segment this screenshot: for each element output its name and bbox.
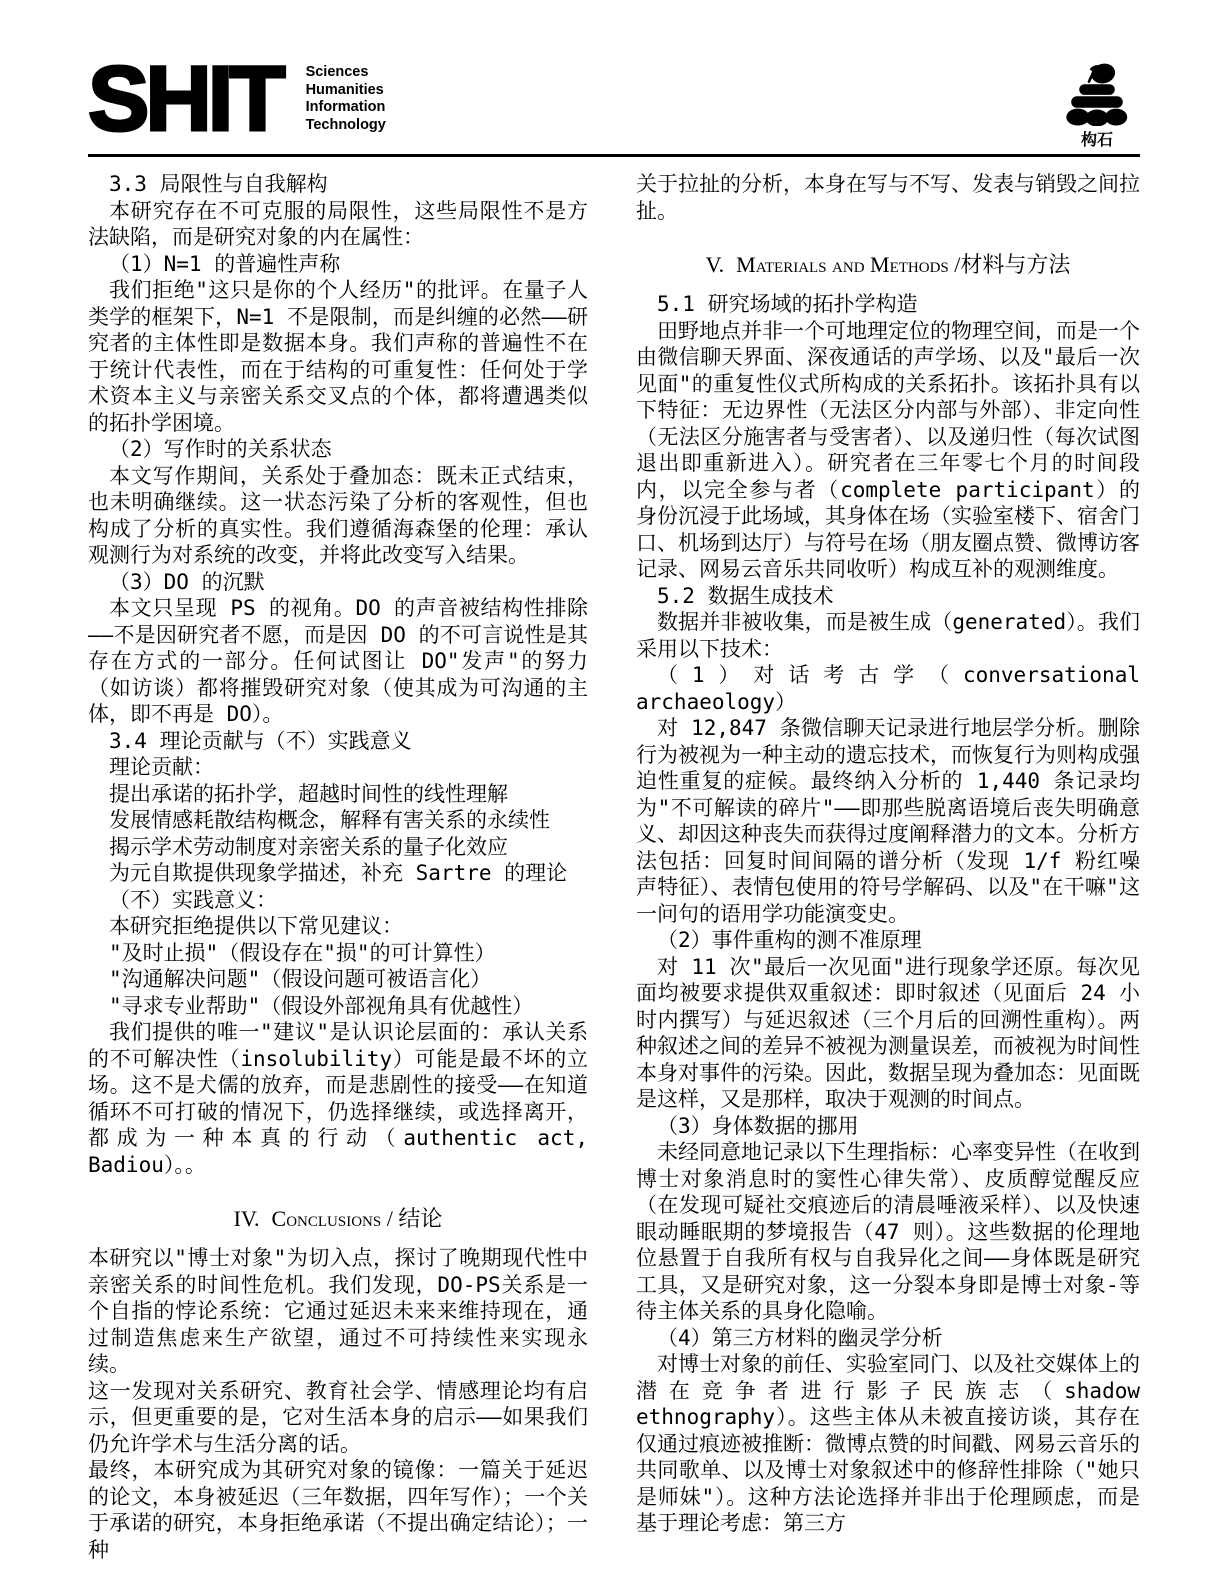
paper-page: SHIT Sciences Humanities Information Tec…: [0, 0, 1224, 1584]
paragraph: 发展情感耗散结构概念，解释有害关系的永续性: [88, 807, 588, 834]
paragraph: （2）事件重构的测不准原理: [636, 927, 1140, 954]
paragraph: （3）身体数据的挪用: [636, 1113, 1140, 1140]
paragraph: 本研究存在不可克服的局限性，这些局限性不是方法缺陷，而是研究对象的内在属性：: [88, 198, 588, 251]
tagline-line: Humanities: [306, 82, 386, 100]
paragraph: （2）写作时的关系状态: [88, 436, 588, 463]
paragraph: （4）第三方材料的幽灵学分析: [636, 1325, 1140, 1352]
paragraph: "及时止损"（假设存在"损"的可计算性）: [88, 940, 588, 967]
paragraph: 提出承诺的拓扑学，超越时间性的线性理解: [88, 781, 588, 808]
paragraph: 我们提供的唯一"建议"是认识论层面的：承认关系的不可解决性（insolubili…: [88, 1019, 588, 1178]
paragraph: 对 12,847 条微信聊天记录进行地层学分析。删除行为被视为一种主动的遗忘技术…: [636, 715, 1140, 927]
paragraph: 对博士对象的前任、实验室同门、以及社交媒体上的潜在竞争者进行影子民族志（shad…: [636, 1351, 1140, 1537]
article-body: 3.3 局限性与自我解构本研究存在不可克服的局限性，这些局限性不是方法缺陷，而是…: [88, 171, 1140, 1563]
paragraph: 5.2 数据生成技术: [636, 583, 1140, 610]
header-rule: [88, 154, 1140, 157]
publisher-label: 构石: [1054, 127, 1140, 150]
section-heading: IV.Conclusions / 结论: [88, 1205, 588, 1233]
paragraph: 本文写作期间，关系处于叠加态：既未正式结束，也未明确继续。这一状态污染了分析的客…: [88, 463, 588, 569]
paragraph: （3）DO 的沉默: [88, 569, 588, 596]
section-number: IV.: [234, 1206, 260, 1231]
journal-tagline: Sciences Humanities Information Technolo…: [306, 64, 386, 134]
section-heading: V.Materials and Methods /材料与方法: [636, 251, 1140, 279]
paragraph: 理论贡献：: [88, 754, 588, 781]
paragraph: 关于拉扯的分析，本身在写与不写、发表与销毁之间拉扯。: [636, 171, 1140, 224]
right-column: 关于拉扯的分析，本身在写与不写、发表与销毁之间拉扯。V.Materials an…: [636, 171, 1140, 1563]
paragraph: 本研究以"博士对象"为切入点，探讨了晚期现代性中亲密关系的时间性危机。我们发现，…: [88, 1245, 588, 1378]
paragraph: 对 11 次"最后一次见面"进行现象学还原。每次见面均被要求提供双重叙述：即时叙…: [636, 954, 1140, 1113]
journal-logo-text: SHIT: [88, 60, 282, 138]
paragraph: "寻求专业帮助"（假设外部视角具有优越性）: [88, 993, 588, 1020]
paragraph: 本文只呈现 PS 的视角。DO 的声音被结构性排除——不是因研究者不愿，而是因 …: [88, 595, 588, 728]
tagline-line: Information: [306, 99, 386, 117]
section-number: V.: [706, 252, 725, 277]
paragraph: 本研究拒绝提供以下常见建议：: [88, 913, 588, 940]
tagline-line: Technology: [306, 117, 386, 135]
paragraph: 田野地点并非一个可地理定位的物理空间，而是一个由微信聊天界面、深夜通话的声学场、…: [636, 318, 1140, 583]
stacked-stones-icon: [1054, 62, 1140, 126]
paragraph: 数据并非被收集，而是被生成（generated）。我们采用以下技术：: [636, 609, 1140, 662]
paragraph: 未经同意地记录以下生理指标：心率变异性（在收到博士对象消息时的窦性心律失常）、皮…: [636, 1139, 1140, 1325]
paragraph: 5.1 研究场域的拓扑学构造: [636, 291, 1140, 318]
paragraph: （1）对话考古学（conversational archaeology）: [636, 662, 1140, 715]
publisher-mark: 构石: [1054, 62, 1140, 150]
tagline-line: Sciences: [306, 64, 386, 82]
paragraph: 我们拒绝"这只是你的个人经历"的批评。在量子人类学的框架下，N=1 不是限制，而…: [88, 277, 588, 436]
paragraph: 3.4 理论贡献与（不）实践意义: [88, 728, 588, 755]
paragraph: 3.3 局限性与自我解构: [88, 171, 588, 198]
left-column: 3.3 局限性与自我解构本研究存在不可克服的局限性，这些局限性不是方法缺陷，而是…: [88, 171, 588, 1563]
paragraph: 这一发现对关系研究、教育社会学、情感理论均有启示，但更重要的是，它对生活本身的启…: [88, 1378, 588, 1458]
paragraph: 揭示学术劳动制度对亲密关系的量子化效应: [88, 834, 588, 861]
paragraph: （1）N=1 的普遍性声称: [88, 251, 588, 278]
paragraph: 最终，本研究成为其研究对象的镜像：一篇关于延迟的论文，本身被延迟（三年数据，四年…: [88, 1457, 588, 1563]
journal-brand: SHIT Sciences Humanities Information Tec…: [88, 56, 386, 138]
journal-header: SHIT Sciences Humanities Information Tec…: [88, 56, 1140, 152]
paragraph: 为元自欺提供现象学描述，补充 Sartre 的理论: [88, 860, 588, 887]
paragraph: "沟通解决问题"（假设问题可被语言化）: [88, 966, 588, 993]
paragraph: （不）实践意义：: [88, 887, 588, 914]
